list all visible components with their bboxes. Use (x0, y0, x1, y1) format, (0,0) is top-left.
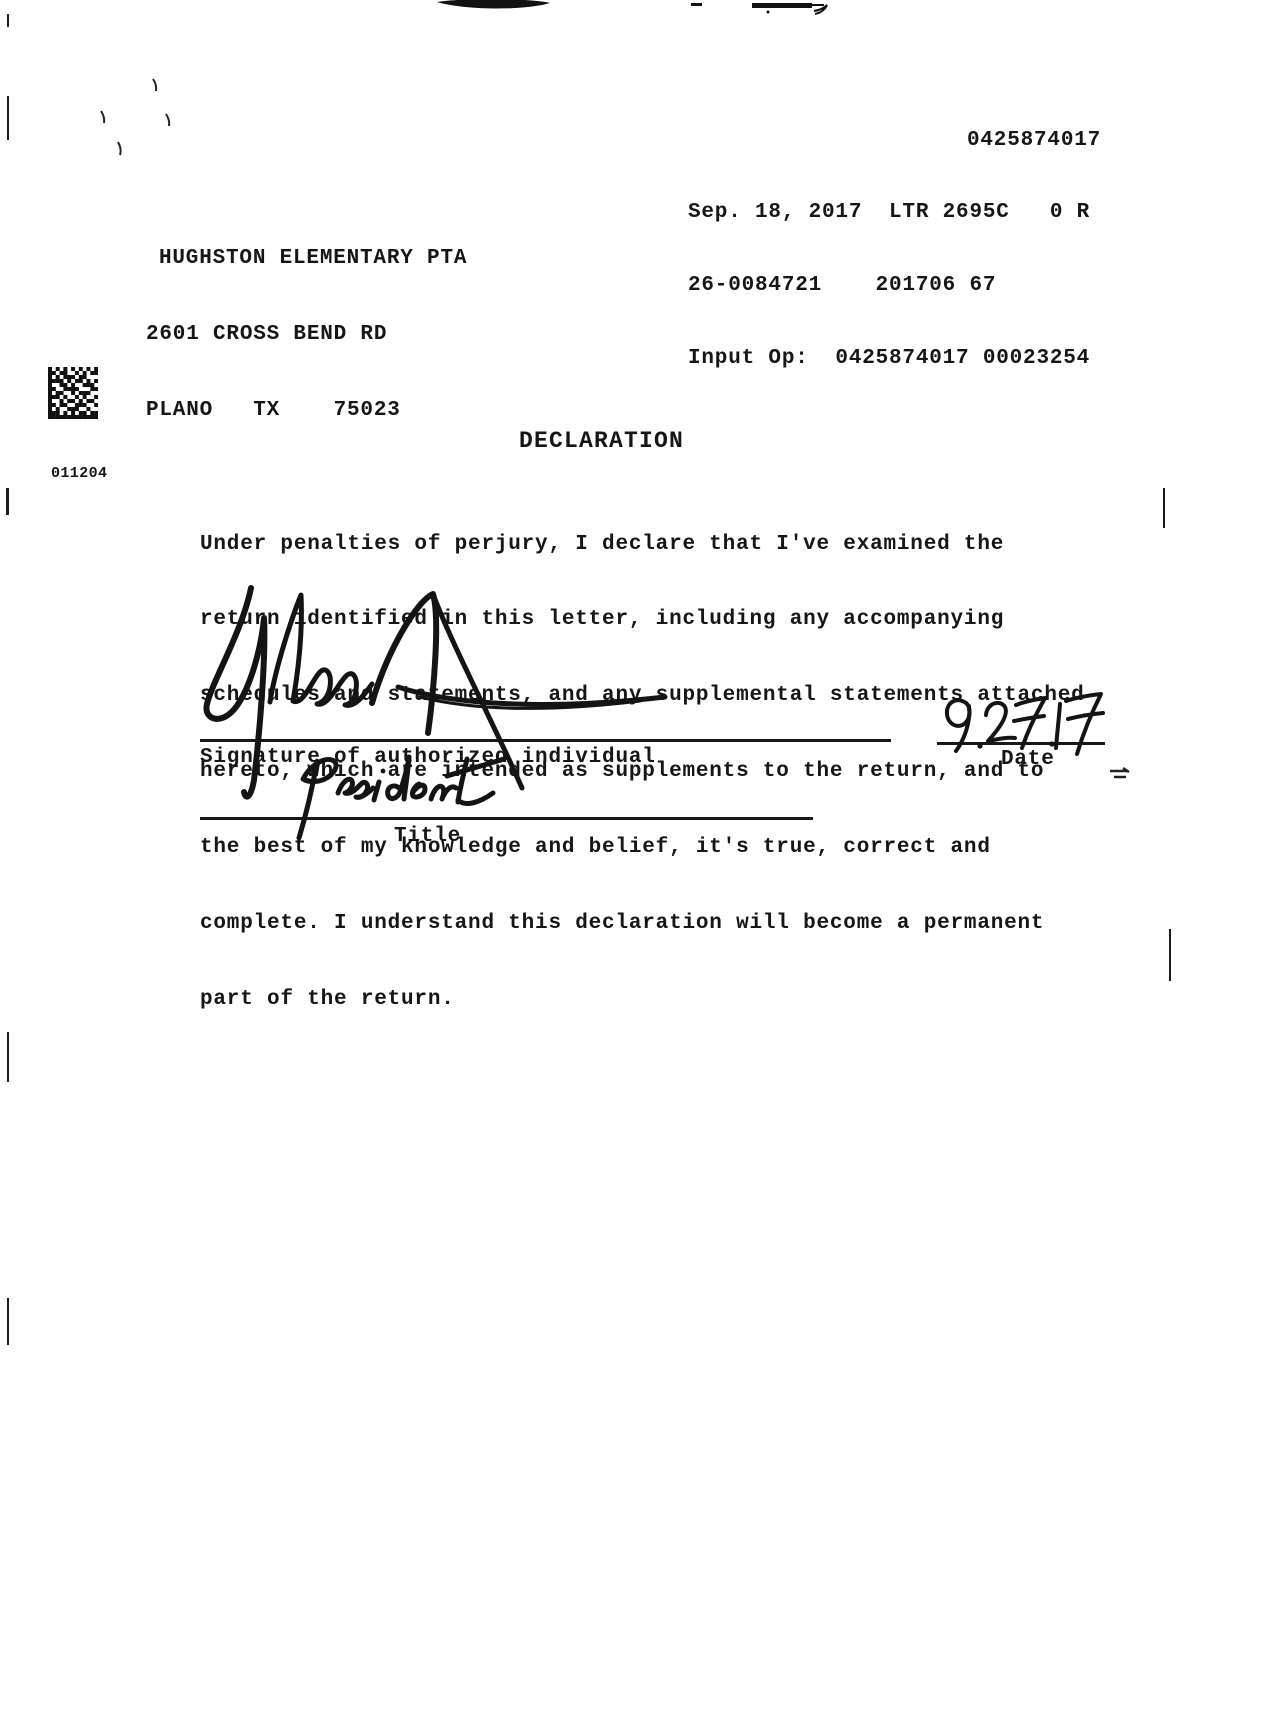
scan-arrow-mark-right (1110, 768, 1129, 777)
scan-tick-2 (101, 111, 104, 123)
date-label: Date (1001, 748, 1055, 771)
date-line (937, 742, 1105, 745)
scan-dot-top (767, 11, 770, 14)
paragraph-line: the best of my knowledge and belief, it'… (200, 835, 1085, 860)
paragraph-line: Under penalties of perjury, I declare th… (200, 532, 1085, 557)
paragraph-line: return identified in this letter, includ… (200, 607, 1085, 632)
paragraph-line: part of the return. (200, 987, 1085, 1012)
ein-tax-period-line: 26-0084721 201706 67 (688, 274, 1101, 298)
scan-mark-left-4 (7, 1032, 9, 1082)
scan-dash-top (691, 3, 702, 6)
paragraph-line: schedules and statements, and any supple… (200, 683, 1085, 708)
scan-mark-left-5 (7, 1298, 9, 1345)
paragraph-line: complete. I understand this declaration … (200, 911, 1085, 936)
scan-blob-top-right (752, 3, 812, 8)
declaration-paragraph: Under penalties of perjury, I declare th… (200, 481, 1085, 1063)
recipient-name: HUGHSTON ELEMENTARY PTA (146, 246, 467, 271)
scan-blob-top-left (437, 0, 550, 8)
title-line (200, 817, 813, 820)
recipient-city-state-zip: PLANO TX 75023 (146, 398, 467, 423)
recipient-address: HUGHSTON ELEMENTARY PTA 2601 CROSS BEND … (146, 196, 467, 473)
scan-mark-left-3 (6, 488, 9, 515)
title-label: Title (394, 825, 461, 848)
document-number: 0425874017 (688, 129, 1101, 153)
scan-tick-3 (166, 114, 169, 126)
data-matrix-barcode (48, 367, 98, 419)
recipient-street: 2601 CROSS BEND RD (146, 322, 467, 347)
scan-mark-right-1 (1163, 488, 1165, 528)
scan-tick-4 (118, 142, 121, 155)
scan-mark-right-2 (1169, 929, 1171, 981)
scan-tick-1 (153, 79, 156, 91)
scan-curl-top-right (814, 5, 827, 14)
scan-mark-left-2 (7, 96, 9, 140)
barcode-number: 011204 (51, 465, 107, 482)
date-letter-line: Sep. 18, 2017 LTR 2695C 0 R (688, 201, 1101, 225)
letter-header-block: 0425874017 Sep. 18, 2017 LTR 2695C 0 R 2… (688, 80, 1101, 420)
scan-line-top-right (808, 4, 824, 6)
declaration-heading: DECLARATION (519, 428, 684, 454)
signature-line (200, 739, 891, 742)
scan-mark-left-1 (7, 14, 9, 27)
scanned-letter-page: 0425874017 Sep. 18, 2017 LTR 2695C 0 R 2… (0, 0, 1288, 1729)
signature-label: Signature of authorized individual (200, 746, 656, 769)
input-op-line: Input Op: 0425874017 00023254 (688, 347, 1101, 371)
